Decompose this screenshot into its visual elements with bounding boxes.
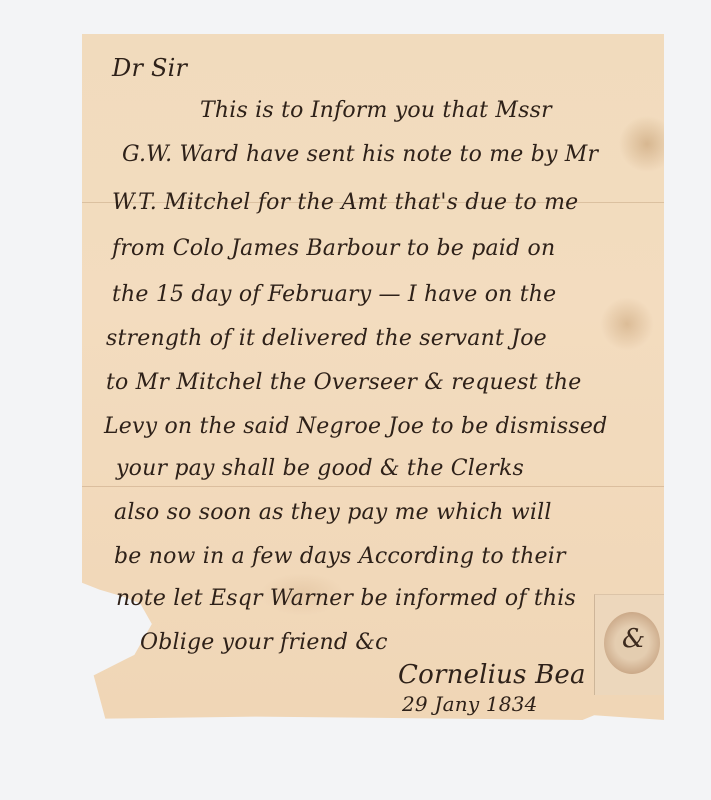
letter-line-5: the 15 day of February — I have on the (112, 282, 556, 307)
letter-line-10: also so soon as they pay me which will (114, 500, 552, 525)
letter-line-2: G.W. Ward have sent his note to me by Mr (122, 142, 598, 167)
letter-date: 29 Jany 1834 (402, 692, 538, 716)
letter-line-6: strength of it delivered the servant Joe (106, 326, 547, 351)
signature: Cornelius Bea (398, 660, 586, 690)
letter-line-11: be now in a few days According to their (114, 544, 566, 569)
letter-line-9: your pay shall be good & the Clerks (116, 456, 524, 481)
seal-mark: & (622, 624, 645, 654)
closing: Oblige your friend &c (140, 630, 388, 655)
salutation: Dr Sir (112, 54, 187, 82)
letter-line-7: to Mr Mitchel the Overseer & request the (106, 370, 581, 395)
fold-line (82, 486, 664, 487)
letter-line-3: W.T. Mitchel for the Amt that's due to m… (112, 190, 578, 215)
letter-line-8: Levy on the said Negroe Joe to be dismis… (104, 414, 607, 439)
letter-line-4: from Colo James Barbour to be paid on (112, 236, 555, 261)
letter-line-1: This is to Inform you that Mssr (200, 98, 552, 123)
letter-line-12: note let Esqr Warner be informed of this (116, 586, 576, 611)
